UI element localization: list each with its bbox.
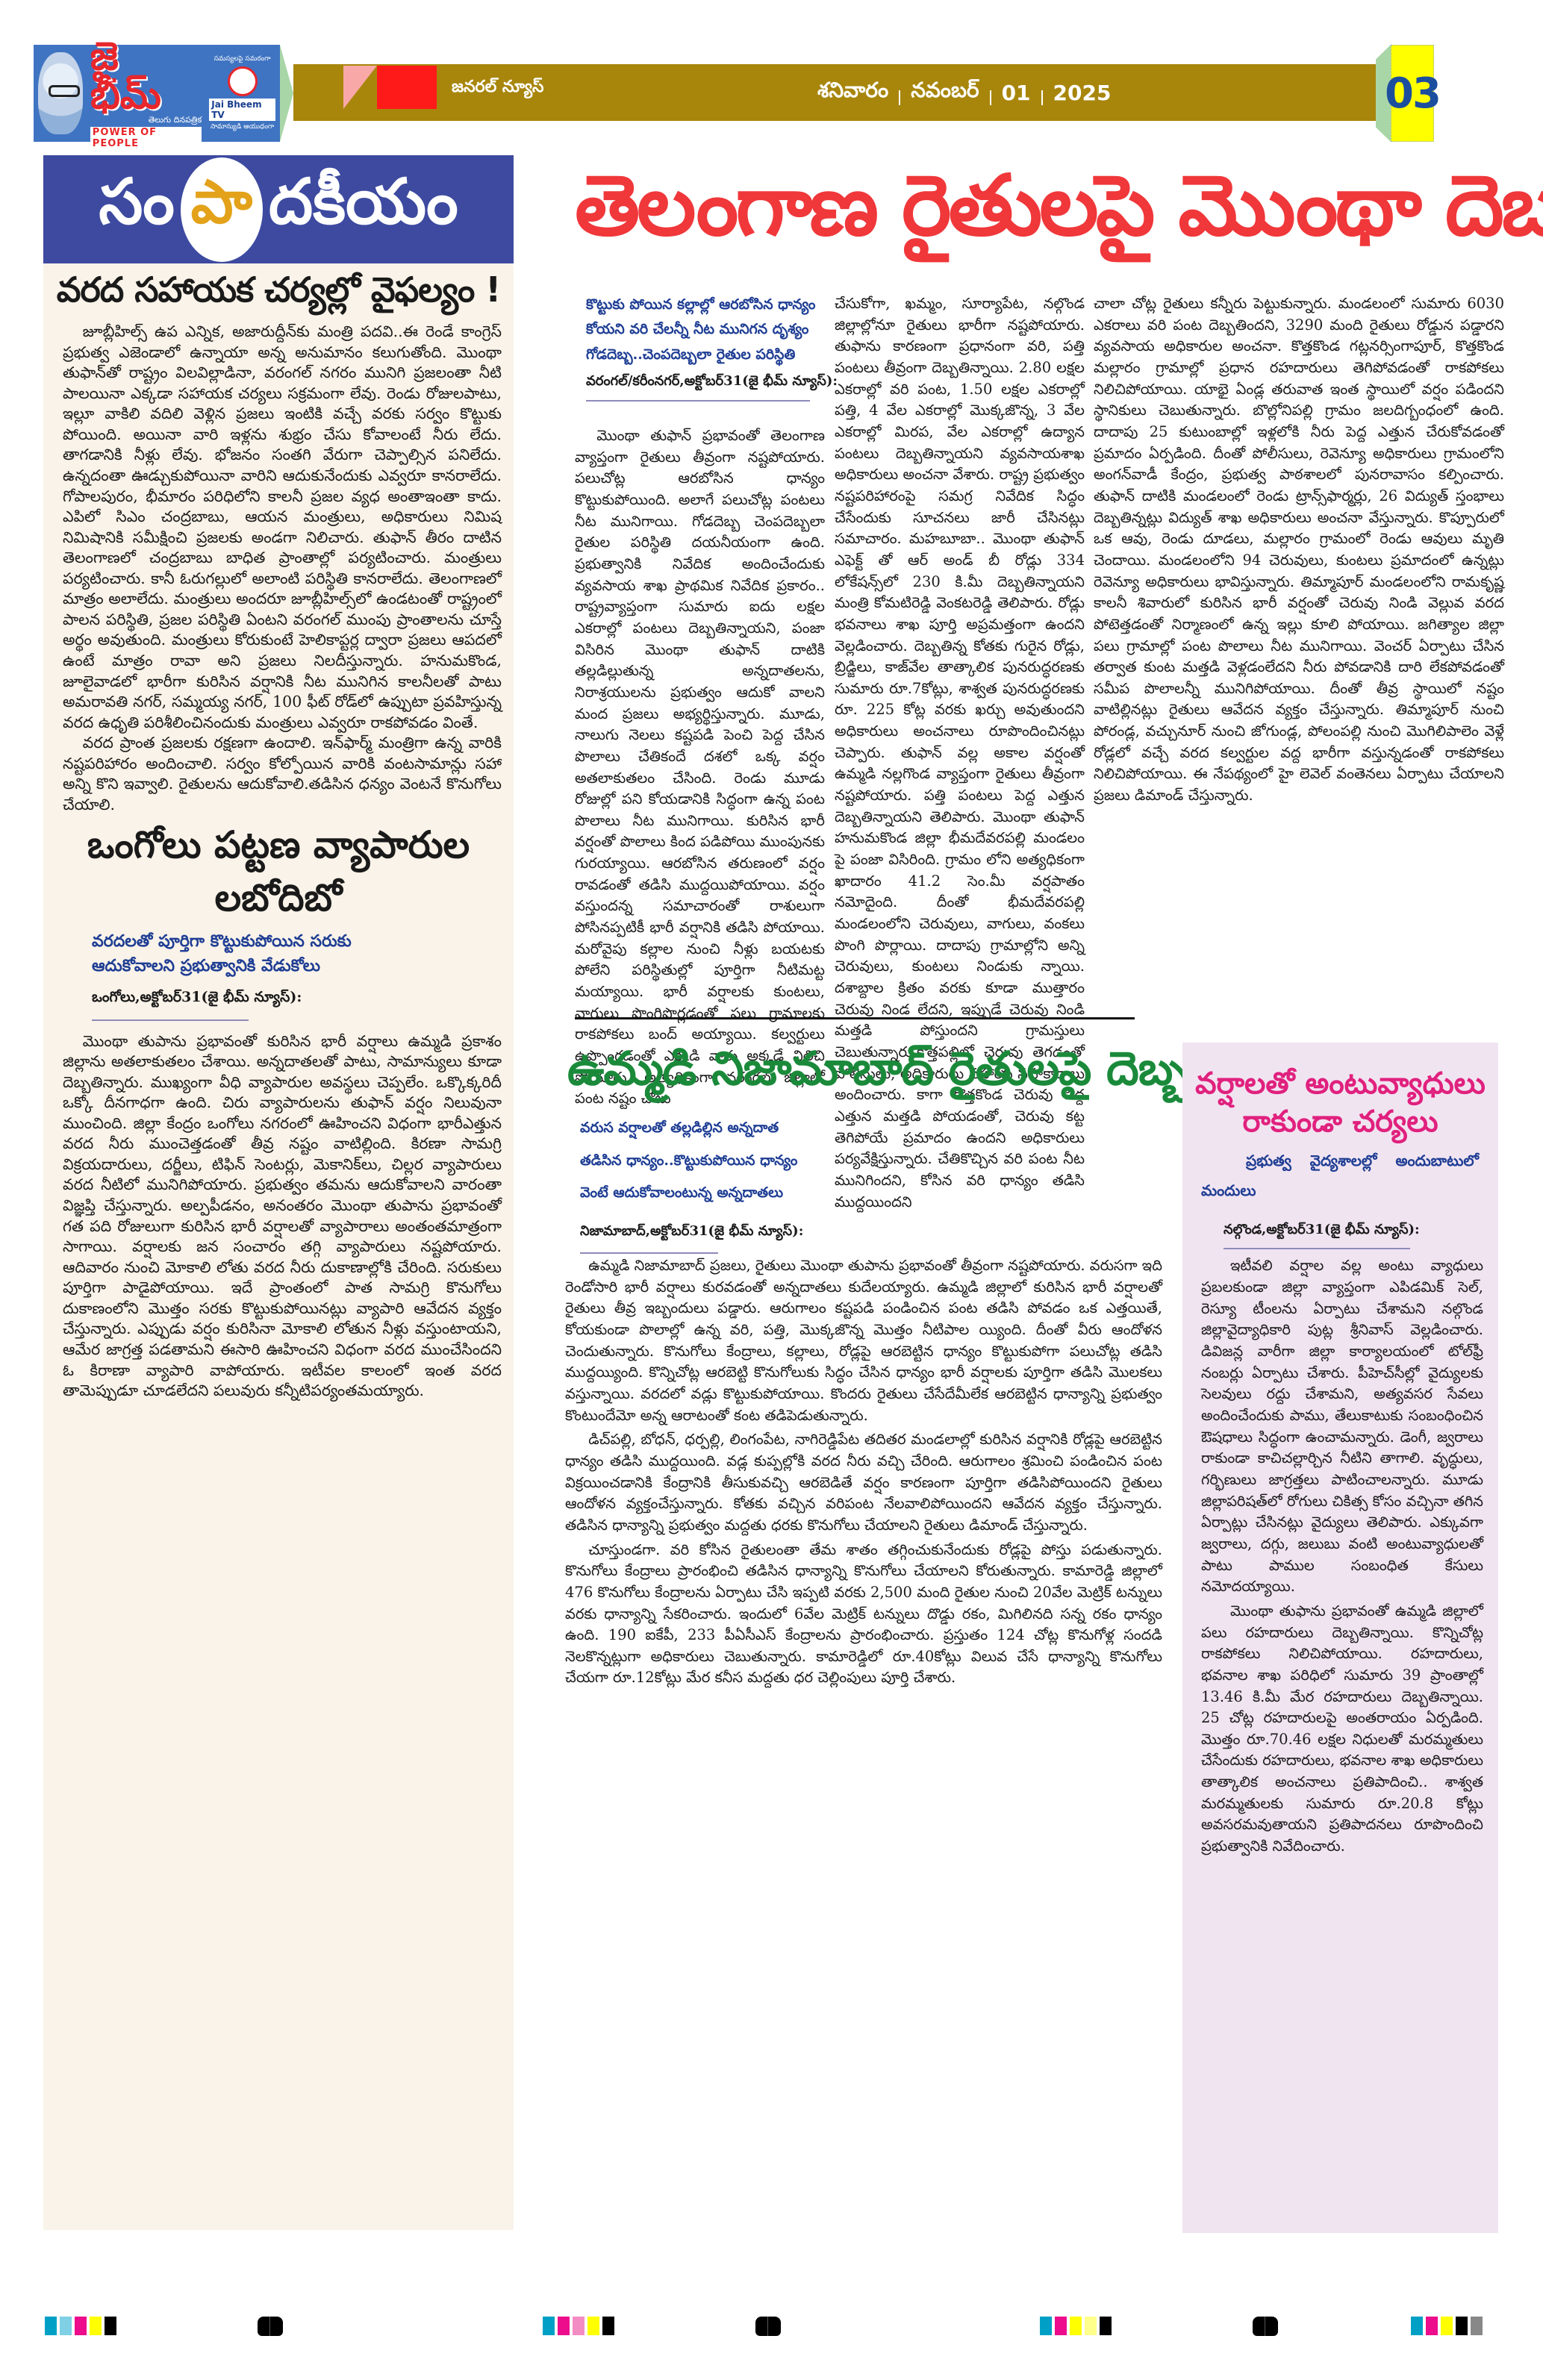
editorial-paragraph: జూబ్లీహిల్స్ ఉప ఎన్నిక, అజారుద్దీన్‌కు మ… [63, 322, 502, 733]
ambedkar-portrait [38, 52, 83, 134]
tv-tagline-bottom: సామాన్యుడి ఆయుధంగా [211, 123, 274, 132]
ongole-body: మొంథా తుపాను ప్రభావంతో కురిసిన భారీ వర్ష… [43, 1028, 514, 1402]
health-body: ఇటీవలి వర్షాల వల్ల అంటు వ్యాధులు ప్రబలకు… [1182, 1255, 1498, 1857]
ongole-deck: వరదలతో పూర్తిగా కొట్టుకుపోయిన సరుకు ఆదుక… [43, 929, 514, 978]
story-divider [575, 1017, 1135, 1019]
nizamabad-deck-block: వరుస వర్షాలతో తల్లడిల్లిన అన్నదాత తడిసిన… [580, 1112, 879, 1254]
health-headline: వర్షాలతో అంటువ్యాధులు రాకుండా చర్యలు [1182, 1065, 1498, 1141]
lead-deck-line: కోయని వరి చేలన్నీ నీట మునిగన దృశ్యం [586, 317, 847, 342]
ongole-headline: ఒంగోలు పట్టణ వ్యాపారుల లబోదిబో [43, 823, 514, 929]
power-of-people: POWER OF PEOPLE [90, 127, 202, 149]
editorial-paragraph: వరద ప్రాంత ప్రజలకు రక్షణగా ఉందాలి. ఇన్‌ఫ… [63, 733, 502, 815]
section-label: జనరల్ న్యూస్ [452, 66, 544, 109]
page-number: 03 [1385, 69, 1440, 118]
banner-circle: పా [181, 157, 263, 262]
nizamabad-deck-line: వెంటే ఆదుకోవాలంటున్న అన్నదాతలు [580, 1177, 879, 1210]
nizamabad-paragraph: డిచ్‌పల్లి, బోధన్, ధర్పల్లి, లింగంపేట, న… [565, 1429, 1162, 1536]
dateline-rule [92, 1019, 249, 1021]
ongole-deck-line: వరదలతో పూర్తిగా కొట్టుకుపోయిన సరుకు [92, 929, 514, 954]
section-stripe-pink [343, 66, 377, 109]
lead-column-1: మొంథా తుఫాన్ ప్రభావంతో తెలంగాణ వ్యాప్తంగ… [575, 425, 825, 1110]
tagline: తెలుగు దినపత్రిక [90, 115, 202, 127]
tv-badge-icon [228, 66, 258, 96]
registration-mark [755, 2317, 781, 2336]
jai-bheem-logo: జై భీమ్ తెలుగు దినపత్రిక POWER OF PEOPLE [90, 37, 202, 149]
dateline-rule [580, 1252, 718, 1254]
nizamabad-headline: ఉమ్మడి నిజామాబాద్ రైతులపై దెబ్బ [567, 1041, 1189, 1107]
lead-headline: తెలంగాణ రైతులపై మొంథా దెబ్బ [575, 160, 1508, 252]
issue-year: 2025 [1053, 81, 1112, 105]
jai-bheem-tv: సమస్యలపై సమరంగా Jai Bheem TV సామాన్యుడి … [209, 55, 275, 132]
health-paragraph: ఇటీవలి వర్షాల వల్ల అంటు వ్యాధులు ప్రబలకు… [1201, 1255, 1483, 1598]
issue-date-number: 01 [1002, 81, 1031, 105]
lead-deck-line: గోడదెబ్బ..చెంపదెబ్బలా రైతుల పరిస్థితి [586, 343, 847, 367]
nizamabad-deck-line: వరుస వర్షాలతో తల్లడిల్లిన అన్నదాత [580, 1112, 879, 1145]
issue-month: నవంబర్ [911, 78, 979, 107]
masthead-arrow [280, 45, 293, 142]
lead-column-3: చాలా చోట్ల రైతులు కన్నీరు పెట్టుకున్నారు… [1094, 293, 1504, 807]
issue-date: శనివారం నవంబర్ 01 2025 [817, 64, 1111, 121]
date-separator [1041, 90, 1043, 105]
lead-dateline: వరంగల్/కరీంనగర్,అక్టోబర్31(జై భీమ్ న్యూస… [586, 372, 847, 391]
ongole-paragraph: మొంథా తుపాను ప్రభావంతో కురిసిన భారీ వర్ష… [63, 1031, 502, 1402]
editorial-title: వరద సహాయక చర్యల్లో వైఫల్యం ! [43, 269, 514, 319]
dateline-rule [586, 400, 810, 402]
banner-text-left: సం [99, 165, 175, 254]
lead-deck: కొట్టుకు పోయిన కల్లాల్లో ఆరబోసిన ధాన్యం … [586, 293, 847, 367]
color-bar-group [543, 2317, 614, 2335]
nizamabad-paragraph: చూస్తుండగా. వరి కోసిన రైతులంతా తేమ శాతం … [565, 1540, 1162, 1690]
logo-text: జై భీమ్ [90, 37, 202, 115]
editorial-body: జూబ్లీహిల్స్ ఉప ఎన్నిక, అజారుద్దీన్‌కు మ… [43, 319, 514, 816]
nizamabad-deck: వరుస వర్షాలతో తల్లడిల్లిన అన్నదాత తడిసిన… [580, 1112, 879, 1210]
page-number-box: 03 [1391, 45, 1434, 142]
tv-tagline-top: సమస్యలపై సమరంగా [214, 55, 271, 64]
banner-text-right: దకీయం [269, 165, 458, 254]
print-registration-marks [0, 2317, 1543, 2339]
editorial-banner: సం పా దకీయం [43, 155, 514, 263]
color-bar-group [1411, 2317, 1483, 2335]
health-deck: ప్రభుత్వ వైద్యశాలల్లో అందుబాటులో మందులు [1182, 1141, 1498, 1205]
registration-mark [258, 2317, 283, 2336]
health-sidebar: వర్షాలతో అంటువ్యాధులు రాకుండా చర్యలు ప్ర… [1182, 1043, 1498, 2233]
masthead-logo: జై భీమ్ తెలుగు దినపత్రిక POWER OF PEOPLE… [34, 45, 280, 142]
tv-name: Jai Bheem TV [209, 99, 275, 121]
issue-day: శనివారం [817, 78, 888, 107]
nizamabad-dateline: నిజామాబాద్,అక్టోబర్31(జై భీమ్ న్యూస్): [580, 1222, 879, 1241]
nizamabad-body: ఉమ్మడి నిజామాబాద్ ప్రజలు, రైతులు మొంథా త… [565, 1255, 1162, 1689]
nizamabad-paragraph: ఉమ్మడి నిజామాబాద్ ప్రజలు, రైతులు మొంథా త… [565, 1255, 1162, 1426]
section-stripe-red [377, 66, 437, 109]
lead-deck-line: కొట్టుకు పోయిన కల్లాల్లో ఆరబోసిన ధాన్యం [586, 293, 847, 317]
editorial-column: సం పా దకీయం వరద సహాయక చర్యల్లో వైఫల్యం !… [43, 155, 514, 2230]
color-bar-group [45, 2317, 116, 2335]
health-dateline: నల్గొండ,అక్టోబర్31(జై భీమ్ న్యూస్): [1182, 1205, 1498, 1240]
date-separator [899, 90, 900, 105]
date-separator [990, 90, 991, 105]
dateline-rule [1224, 1248, 1410, 1249]
health-paragraph: మొంథా తుఫాను ప్రభావంతో ఉమ్మడి జిల్లాలో ప… [1201, 1601, 1483, 1858]
color-bar-group [1040, 2317, 1112, 2335]
lead-deck-block: కొట్టుకు పోయిన కల్లాల్లో ఆరబోసిన ధాన్యం … [586, 293, 847, 406]
ongole-dateline: ఒంగోలు,అక్టోబర్31(జై భీమ్ న్యూస్): [43, 989, 514, 1009]
nizamabad-deck-line: తడిసిన ధాన్యం..కొట్టుకుపోయిన ధాన్యం [580, 1145, 879, 1178]
registration-mark [1253, 2317, 1278, 2336]
ongole-deck-line: ఆదుకోవాలని ప్రభుత్వానికి వేడుకోలు [92, 954, 514, 978]
